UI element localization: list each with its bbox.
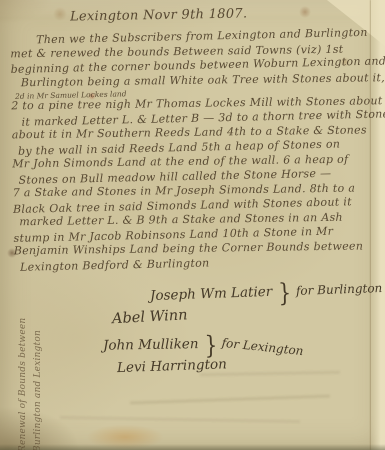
dateline: Lexington Novr 9th 1807. — [70, 6, 248, 24]
ink-bleedthrough — [130, 395, 330, 405]
signature-name: Joseph Wm Latier — [150, 284, 273, 304]
docket-line: Burlington and Lexington — [31, 337, 46, 450]
manuscript-body: Then we the Subscribers from Lexington a… — [10, 27, 373, 274]
signature-row: Joseph Wm Latier}for Burlington — [150, 277, 383, 309]
docket-line: Renewal of Bounds between — [16, 337, 31, 450]
ink-bleedthrough — [60, 416, 300, 423]
docket-note: Renewal of Bounds between Burlington and… — [16, 337, 46, 450]
signature-name: John Mulliken — [103, 336, 199, 354]
signature-name: Abel Winn — [112, 307, 188, 327]
signature-row: Abel Winn — [112, 307, 199, 328]
page-edge-shadow — [0, 444, 385, 450]
manuscript-page: Lexington Novr 9th 1807. Then we the Sub… — [0, 0, 385, 450]
signature-brace: } — [278, 277, 292, 307]
signature-brace: } — [204, 330, 217, 360]
signature-town-label: for Lexington — [221, 336, 304, 359]
signature-town-label: for Burlington — [296, 281, 383, 298]
signature-row: John Mulliken}for Lexington — [103, 331, 305, 359]
